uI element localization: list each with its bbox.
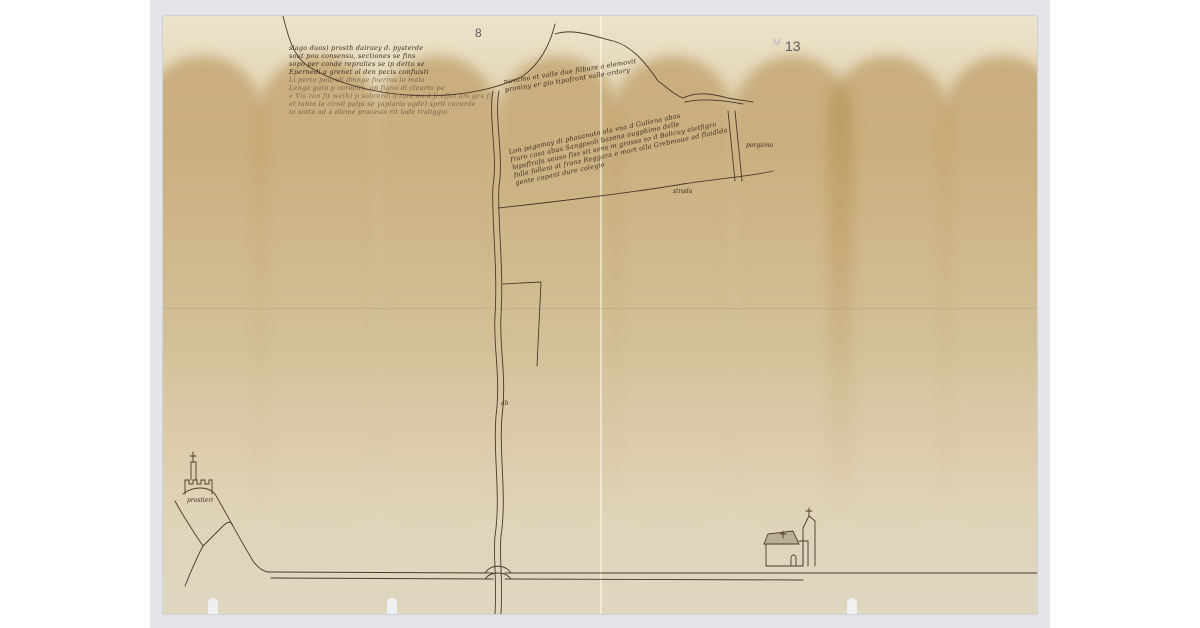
church-roof xyxy=(764,531,799,544)
text-line: Lenga guto p coroclin. on figno di clear… xyxy=(289,84,492,92)
text-line: Li perto pouroli dmnge fnerras lo mala xyxy=(289,76,492,84)
text-line: sopo per conde repralies se ip detto se xyxy=(289,60,492,68)
bridge-top xyxy=(485,566,511,573)
bridge-bottom xyxy=(485,573,511,579)
lower-road-label: strada xyxy=(673,188,692,195)
castle-walls xyxy=(185,480,212,494)
text-line: et tanto la ciroli palpi se yaplaria agd… xyxy=(289,100,492,108)
text-line: slago duos) prosth dairaey d. pysterde xyxy=(289,44,492,52)
text-line: to sotto ad a eleme procesio rit lode tr… xyxy=(289,108,492,116)
castle-label: prestieri xyxy=(187,497,213,504)
text-line: Epernedi a grenet al den pecis confuisti xyxy=(289,68,492,76)
text-block-top-left: slago duos) prosth dairaey d. pysterde s… xyxy=(289,44,492,116)
text-line: sout pou consensu, sectiones se fins xyxy=(289,52,492,60)
text-line: e Via ran fit weth) p sobrerdi a ture eo… xyxy=(289,92,492,100)
river-mark-label: ab xyxy=(501,400,508,407)
manuscript-sheet: 8 м 13 xyxy=(163,16,1037,614)
road-label: porgiono xyxy=(746,142,773,149)
